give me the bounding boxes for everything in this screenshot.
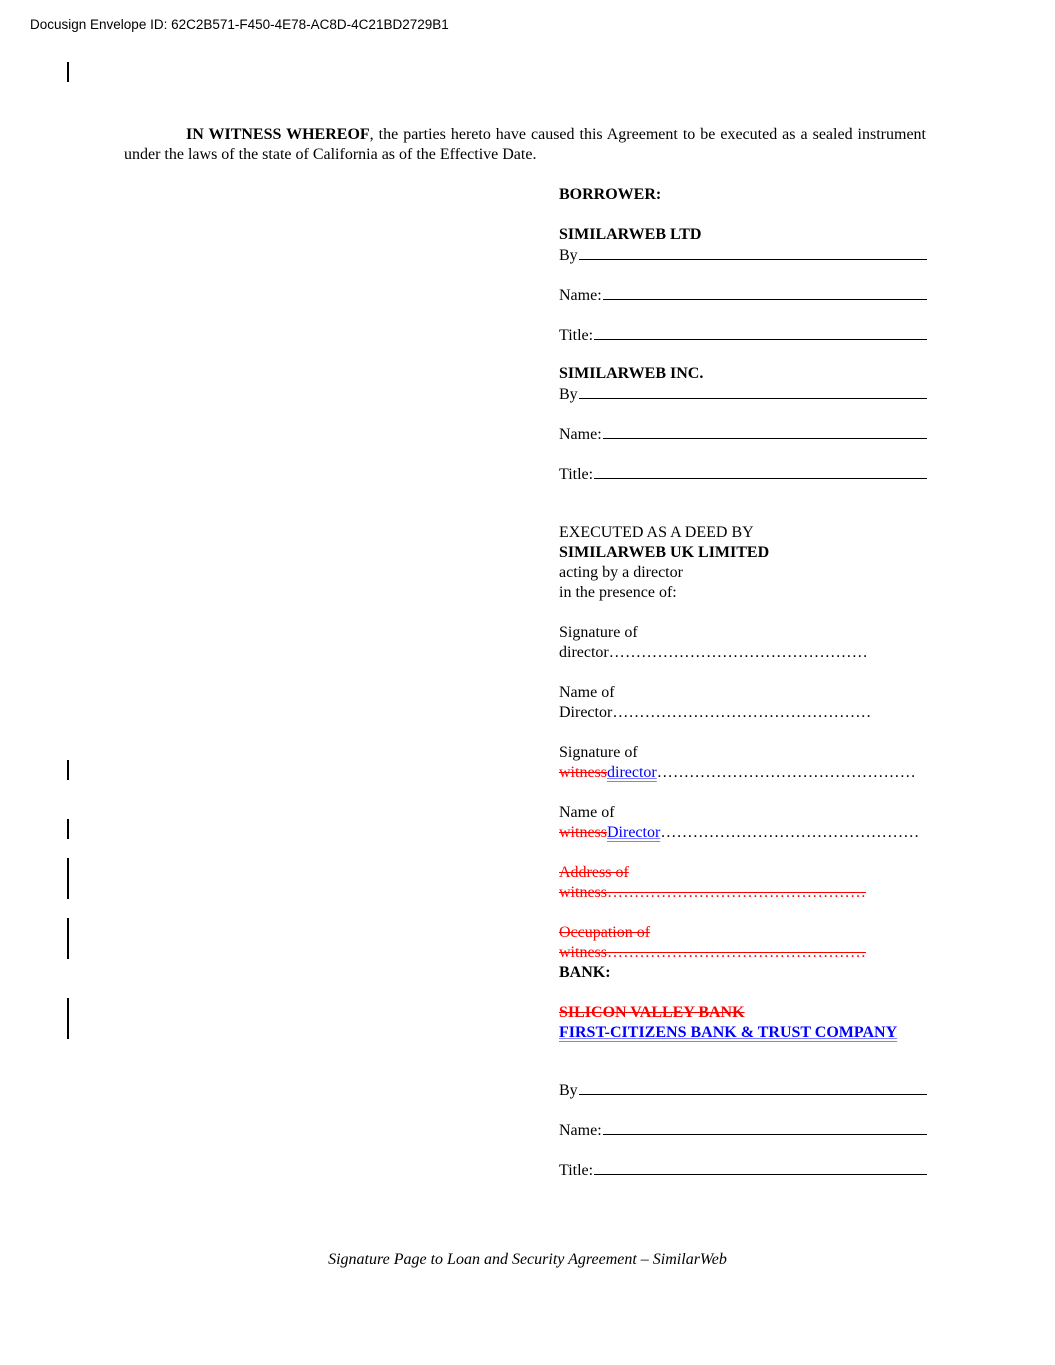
by-field[interactable]: By	[559, 384, 927, 404]
deleted-text: witness	[559, 763, 607, 783]
deleted-address-field: witness…………………………………………	[559, 883, 927, 903]
deleted-bank-name: SILICON VALLEY BANK	[559, 1003, 927, 1023]
inserted-text: director	[607, 763, 657, 783]
witness-paragraph: IN WITNESS WHEREOF, the parties hereto h…	[124, 125, 926, 165]
signature-block-similarweb-uk: EXECUTED AS A DEED BY SIMILARWEB UK LIMI…	[559, 523, 927, 1043]
change-bar	[67, 819, 69, 839]
change-bar	[67, 858, 69, 899]
entity-name: SIMILARWEB INC.	[559, 364, 927, 384]
witness-lead: IN WITNESS WHEREOF	[186, 126, 370, 143]
change-bar	[67, 918, 69, 959]
signature-block-similarweb-inc: SIMILARWEB INC. By Name: Title:	[559, 364, 927, 484]
signature-block-similarweb-ltd: SIMILARWEB LTD By Name: Title:	[559, 225, 927, 345]
signature-block-bank: By Name: Title:	[559, 1080, 927, 1180]
title-field[interactable]: Title:	[559, 325, 927, 345]
deleted-occupation-field: witness…………………………………………	[559, 943, 927, 963]
deleted-occupation-label: Occupation of	[559, 923, 927, 943]
change-bar	[67, 760, 69, 780]
name-field[interactable]: Name:	[559, 424, 927, 444]
page-footer: Signature Page to Loan and Security Agre…	[0, 1251, 1055, 1269]
by-field[interactable]: By	[559, 1080, 927, 1100]
second-director-signature-field[interactable]: witnessdirector…………………………………………	[559, 763, 927, 783]
second-director-name-field[interactable]: witnessDirector…………………………………………	[559, 823, 927, 843]
name-field[interactable]: Name:	[559, 1120, 927, 1140]
director-name-field[interactable]: Director…………………………………………	[559, 703, 927, 723]
bank-heading: BANK:	[559, 963, 927, 983]
by-field[interactable]: By	[559, 245, 927, 265]
inserted-text: Director	[607, 823, 660, 843]
deleted-text: witness	[559, 823, 607, 843]
inserted-bank-name: FIRST-CITIZENS BANK & TRUST COMPANY	[559, 1023, 927, 1043]
entity-name: SIMILARWEB LTD	[559, 225, 927, 245]
change-bar	[67, 998, 69, 1039]
title-field[interactable]: Title:	[559, 464, 927, 484]
docusign-envelope-id: Docusign Envelope ID: 62C2B571-F450-4E78…	[30, 17, 449, 32]
title-field[interactable]: Title:	[559, 1160, 927, 1180]
director-signature-field[interactable]: director…………………………………………	[559, 643, 927, 663]
entity-name: SIMILARWEB UK LIMITED	[559, 543, 927, 563]
name-field[interactable]: Name:	[559, 285, 927, 305]
deleted-address-label: Address of	[559, 863, 927, 883]
borrower-heading: BORROWER:	[559, 185, 927, 205]
change-bar	[67, 62, 69, 82]
